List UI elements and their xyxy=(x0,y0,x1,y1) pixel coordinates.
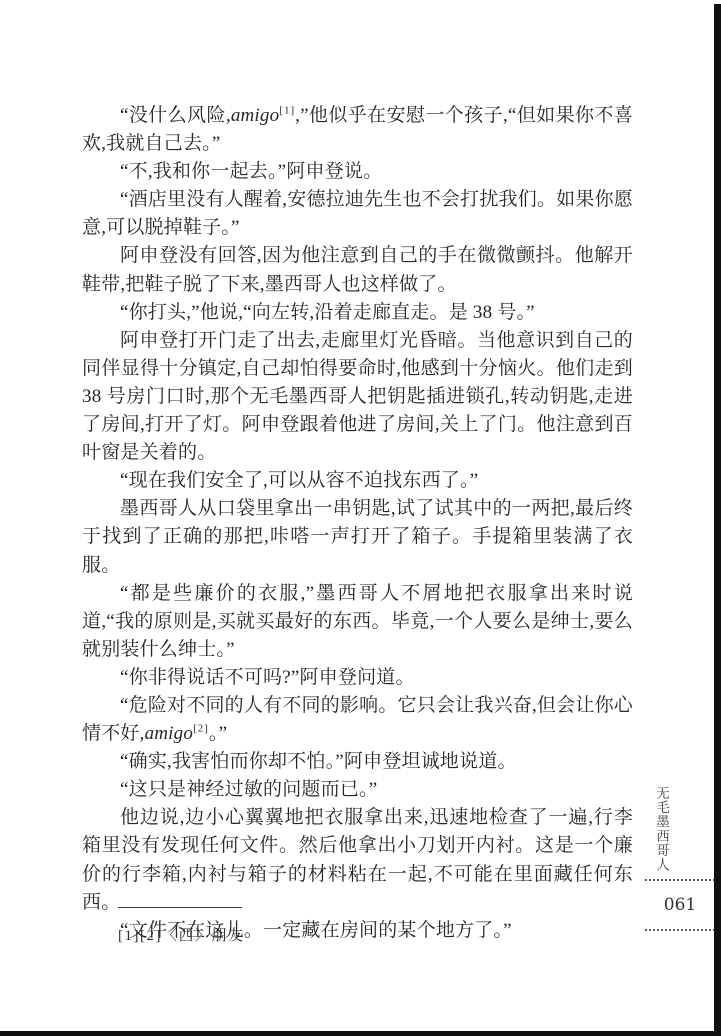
text-run: 阿申登没有回答,因为他注意到自己的手在微微颤抖。他解开鞋带,把鞋子脱了下来,墨西… xyxy=(82,245,633,294)
foreign-word: amigo xyxy=(231,105,280,126)
text-run: “确实,我害怕而你却不怕。”阿申登坦诚地说道。 xyxy=(120,751,517,772)
foreign-word: amigo xyxy=(145,723,194,744)
paragraph: “不,我和你一起去。”阿申登说。 xyxy=(82,158,633,186)
paragraph: 墨西哥人从口袋里拿出一串钥匙,试了试其中的一两把,最后终于找到了正确的那把,咔嗒… xyxy=(82,495,633,579)
paragraph: 他边说,边小心翼翼地把衣服拿出来,迅速地检查了一遍,行李箱里没有发现任何文件。然… xyxy=(82,804,633,916)
book-page: “没什么风险,amigo[1],”他似乎在安慰一个孩子,“但如果你不喜欢,我就自… xyxy=(0,0,721,1036)
text-run: 阿申登打开门走了出去,走廊里灯光昏暗。当他意识到自己的同伴显得十分镇定,自己却怕… xyxy=(82,330,633,463)
text-run: “这只是神经过敏的问题而已。” xyxy=(120,779,377,800)
text-run: “酒店里没有人醒着,安德拉迪先生也不会打扰我们。如果你愿意,可以脱掉鞋子。” xyxy=(82,189,633,238)
footnote-marker: [1] xyxy=(279,105,295,117)
text-run: “都是些廉价的衣服,”墨西哥人不屑地把衣服拿出来时说道,“我的原则是,买就买最好… xyxy=(82,583,633,660)
footnote-text: [1][2]〈西〉朋友 xyxy=(118,924,244,945)
paragraph: 阿申登没有回答,因为他注意到自己的手在微微颤抖。他解开鞋带,把鞋子脱了下来,墨西… xyxy=(82,242,633,298)
paragraph: 阿申登打开门走了出去,走廊里灯光昏暗。当他意识到自己的同伴显得十分镇定,自己却怕… xyxy=(82,327,633,467)
page-number: 061 xyxy=(645,895,715,915)
text-run: 墨西哥人从口袋里拿出一串钥匙,试了试其中的一两把,最后终于找到了正确的那把,咔嗒… xyxy=(82,498,633,575)
paragraph: “没什么风险,amigo[1],”他似乎在安慰一个孩子,“但如果你不喜欢,我就自… xyxy=(82,102,633,158)
text-run: “你非得说话不可吗?”阿申登问道。 xyxy=(120,667,415,688)
paragraph: “这只是神经过敏的问题而已。” xyxy=(82,776,633,804)
paragraph: “现在我们安全了,可以从容不迫找东西了。” xyxy=(82,467,633,495)
page-edge-shadow-right xyxy=(714,4,721,1036)
paragraph: “危险对不同的人有不同的影响。它只会让我兴奋,但会让你心情不好,amigo[2]… xyxy=(82,692,633,748)
dotted-separator-top xyxy=(645,879,715,881)
text-run: 。” xyxy=(209,723,227,744)
text-run: “你打头,”他说,“向左转,沿着走廊直走。是 38 号。” xyxy=(120,302,535,323)
paragraph: “你非得说话不可吗?”阿申登问道。 xyxy=(82,664,633,692)
text-run: “现在我们安全了,可以从容不迫找东西了。” xyxy=(120,470,478,491)
paragraph: “酒店里没有人醒着,安德拉迪先生也不会打扰我们。如果你愿意,可以脱掉鞋子。” xyxy=(82,186,633,242)
text-run: “没什么风险, xyxy=(120,105,231,126)
body-text: “没什么风险,amigo[1],”他似乎在安慰一个孩子,“但如果你不喜欢,我就自… xyxy=(82,102,633,945)
paragraph: “确实,我害怕而你却不怕。”阿申登坦诚地说道。 xyxy=(82,748,633,776)
paragraph: “你打头,”他说,“向左转,沿着走廊直走。是 38 号。” xyxy=(82,299,633,327)
paragraph: “都是些廉价的衣服,”墨西哥人不屑地把衣服拿出来时说道,“我的原则是,买就买最好… xyxy=(82,580,633,664)
margin-book-title-vertical: 无毛墨西哥人 xyxy=(651,786,671,872)
footnote-marker: [2] xyxy=(193,723,209,735)
dotted-separator-bottom xyxy=(645,929,715,931)
footnote-divider xyxy=(118,907,242,908)
text-run: 他边说,边小心翼翼地把衣服拿出来,迅速地检查了一遍,行李箱里没有发现任何文件。然… xyxy=(82,807,633,912)
page-edge-shadow-bottom xyxy=(0,1031,721,1036)
text-run: “不,我和你一起去。”阿申登说。 xyxy=(120,161,382,182)
